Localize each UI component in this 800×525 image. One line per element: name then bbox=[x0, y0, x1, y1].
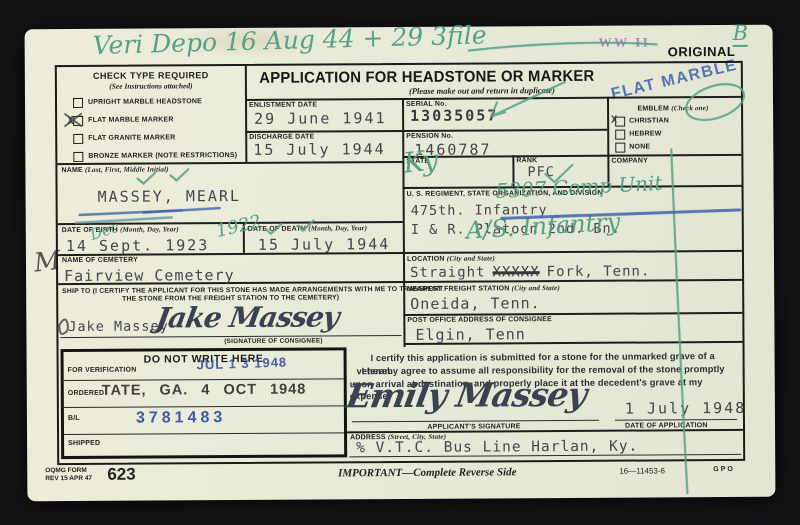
freight-label-paren: (City and State) bbox=[512, 284, 560, 292]
discharge-value: 15 July 1944 bbox=[253, 140, 385, 159]
divider bbox=[57, 161, 402, 165]
cemetery-label: NAME OF CEMETERY bbox=[62, 257, 138, 264]
checkbox-none bbox=[615, 143, 625, 153]
name-label-paren: (Last, First, Middle Initial) bbox=[85, 165, 169, 174]
print-code: 16—11453-6 bbox=[619, 466, 665, 476]
scanned-form-paper: Veri Depo 16 Aug 44 + 29 3file WW II ORI… bbox=[25, 25, 776, 502]
checkbox-flat-granite bbox=[73, 134, 83, 144]
location-value-struck: XXXXX bbox=[492, 264, 539, 280]
birth-value: 14 Sept. 1923 bbox=[66, 236, 210, 255]
location-value-post: Fork, Tenn. bbox=[547, 263, 651, 280]
shipped-label: SHIPPED bbox=[68, 440, 100, 447]
do-not-write-box: DO NOT WRITE HERE FOR VERIFICATION JUL 1… bbox=[61, 347, 348, 459]
bl-number-stamp: 3781483 bbox=[136, 409, 226, 428]
checkbox-bronze bbox=[73, 152, 83, 162]
date-line bbox=[615, 419, 737, 421]
enlistment-value: 29 June 1941 bbox=[254, 109, 386, 128]
serial-value: 13035057 bbox=[410, 106, 498, 125]
checkbox-mark-typed-x: X bbox=[67, 114, 74, 127]
form-subtitle: (Please make out and return in duplicate… bbox=[317, 84, 647, 96]
checkbox-flat-marble bbox=[73, 116, 83, 126]
option-christian: CHRISTIAN bbox=[629, 117, 669, 124]
consignee-signature-caption: (SIGNATURE OF CONSIGNEE) bbox=[188, 337, 358, 345]
checkbox-mark-typed-x: X bbox=[611, 115, 617, 126]
handwritten-grade-b: B bbox=[733, 21, 749, 47]
death-value: 15 July 1944 bbox=[258, 235, 390, 254]
option-upright-marble: UPRIGHT MARBLE HEADSTONE bbox=[88, 98, 202, 106]
name-value: MASSEY, MEARL bbox=[98, 187, 242, 206]
application-date-value: 1 July 1948 bbox=[625, 399, 746, 418]
verification-date-stamp: JUL 1 3 1948 bbox=[196, 355, 287, 373]
divider bbox=[245, 96, 741, 101]
form-id-line1: OQMG FORM bbox=[45, 467, 92, 475]
location-label: LOCATION bbox=[407, 256, 445, 263]
signature-line bbox=[352, 420, 599, 423]
ordered-stamp: TATE, GA. 4 OCT 1948 bbox=[102, 382, 307, 399]
emblem-label: EMBLEM bbox=[637, 105, 669, 112]
consignee-signature: Jake Massey bbox=[154, 300, 342, 334]
gpo-label: GPO bbox=[713, 466, 735, 475]
freight-value: Oneida, Tenn. bbox=[410, 294, 541, 313]
form-border-box: CHECK TYPE REQUIRED (See Instructions at… bbox=[55, 61, 745, 465]
enlistment-label: ENLISTMENT DATE bbox=[249, 102, 317, 109]
option-hebrew: HEBREW bbox=[629, 130, 661, 137]
freight-label: NEAREST FREIGHT STATION bbox=[407, 285, 509, 293]
name-label: NAME bbox=[61, 167, 82, 174]
original-label: ORIGINAL bbox=[668, 44, 736, 59]
address-value: % V.T.C. Bus Line Harlan, Ky. bbox=[356, 439, 638, 457]
applicant-signature-caption: APPLICANT'S SIGNATURE bbox=[379, 423, 569, 431]
company-label: COMPANY bbox=[611, 157, 648, 164]
form-number: 623 bbox=[107, 465, 135, 486]
cemetery-value: Fairview Cemetery bbox=[64, 266, 235, 285]
divider bbox=[64, 405, 344, 408]
option-flat-marble: FLAT MARBLE MARKER bbox=[88, 116, 174, 124]
checkbox-upright-marble bbox=[73, 98, 83, 108]
handwritten-top-note: Veri Depo 16 Aug 44 + 29 3file bbox=[92, 20, 487, 60]
death-label-paren: (Month, Day, Year) bbox=[308, 224, 367, 232]
divider bbox=[64, 432, 344, 435]
location-value-pre: Straight bbox=[410, 264, 486, 280]
option-none: NONE bbox=[629, 143, 650, 150]
emblem-label-paren: (Check one) bbox=[671, 104, 708, 112]
po-address-value: Elgin, Tenn bbox=[415, 325, 525, 344]
option-bronze: BRONZE MARKER (NOTE RESTRICTIONS) bbox=[88, 152, 237, 160]
option-flat-granite: FLAT GRANITE MARKER bbox=[88, 134, 175, 142]
po-address-label: POST OFFICE ADDRESS OF CONSIGNEE bbox=[407, 316, 552, 324]
form-id-line2: REV 15 APR 47 bbox=[45, 475, 92, 483]
applicant-signature: Emily Massey bbox=[343, 375, 589, 416]
checkbox-hebrew bbox=[615, 130, 625, 140]
ordered-label: ORDERED bbox=[68, 390, 104, 397]
birth-label-paren: (Month, Day, Year) bbox=[120, 225, 179, 233]
application-date-caption: DATE OF APPLICATION bbox=[625, 422, 708, 430]
important-note: IMPORTANT—Complete Reverse Side bbox=[277, 466, 577, 480]
for-verification-label: FOR VERIFICATION bbox=[68, 367, 137, 374]
location-value: StraightXXXXXFork, Tenn. bbox=[410, 263, 650, 280]
location-label-paren: (City and State) bbox=[447, 254, 495, 262]
bl-label: B/L bbox=[68, 415, 80, 422]
ww2-stamp: WW II bbox=[599, 34, 651, 50]
handwritten-state-ky: Ky bbox=[402, 143, 440, 180]
pension-label: PENSION No. bbox=[406, 133, 453, 140]
